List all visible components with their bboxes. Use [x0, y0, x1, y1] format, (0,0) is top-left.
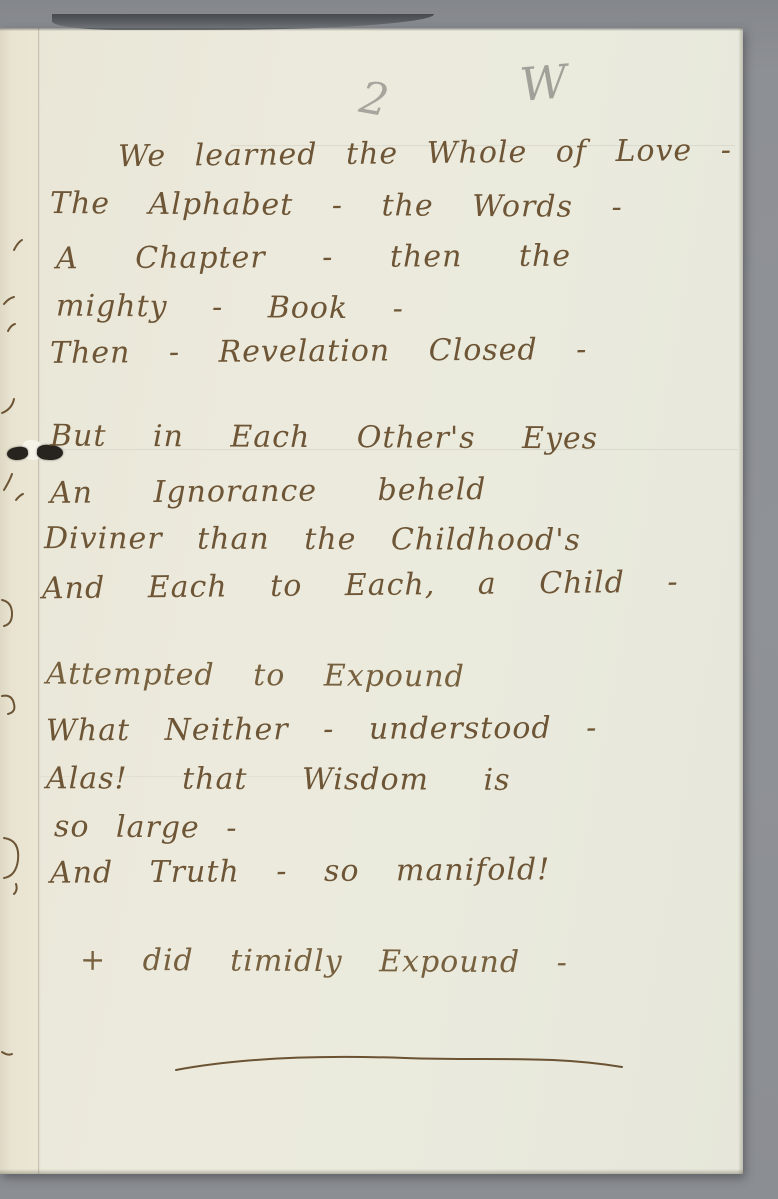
stray-ink-mark: [4, 474, 12, 490]
paper-top-edge: [0, 28, 743, 31]
poem-line: But in Each Other's Eyes: [50, 419, 598, 457]
page-number-annotation: 2: [356, 72, 392, 127]
poem-line: We learned the Whole of Love -: [118, 133, 732, 174]
stray-ink-mark: [8, 324, 15, 331]
closing-flourish-line: [170, 1050, 630, 1078]
stray-ink-mark: [2, 696, 14, 714]
poem-line: And Truth - so manifold!: [50, 852, 550, 890]
fold-crease: [38, 28, 41, 1174]
paper-right-edge: [738, 28, 743, 1174]
paper-bottom-edge: [0, 1169, 743, 1174]
stray-ink-mark: [2, 600, 12, 626]
stray-ink-mark: [4, 297, 14, 304]
poem-line: Diviner than the Childhood's: [44, 521, 581, 558]
poem-line: What Neither - understood -: [46, 711, 597, 749]
stray-ink-mark: [16, 494, 23, 500]
poem-line: Then - Revelation Closed -: [50, 332, 588, 371]
poem-line: Alas! that Wisdom is: [46, 761, 511, 798]
stray-ink-mark: [2, 399, 14, 413]
poem-line: so large -: [54, 809, 238, 846]
poem-line: Attempted to Expound: [46, 657, 465, 695]
poem-line: An Ignorance beheld: [50, 472, 487, 511]
stray-ink-mark: [2, 1052, 12, 1055]
poem-line: mighty - Book -: [56, 288, 404, 326]
manuscript-page: 2 W We learned the Whole of Love - The A…: [0, 28, 743, 1174]
poem-line: And Each to Each, a Child -: [42, 565, 679, 607]
photo-mat-background: 2 W We learned the Whole of Love - The A…: [0, 0, 778, 1199]
corner-mark-annotation: W: [518, 54, 570, 112]
poem-line: + did timidly Expound -: [80, 943, 568, 981]
stray-ink-mark: [4, 838, 18, 878]
stray-ink-fragments: [0, 28, 38, 1174]
poem-line: A Chapter - then the: [56, 239, 571, 277]
stray-ink-mark: [14, 884, 17, 894]
stray-ink-mark: [14, 240, 22, 250]
poem-line: The Alphabet - the Words -: [50, 186, 623, 225]
